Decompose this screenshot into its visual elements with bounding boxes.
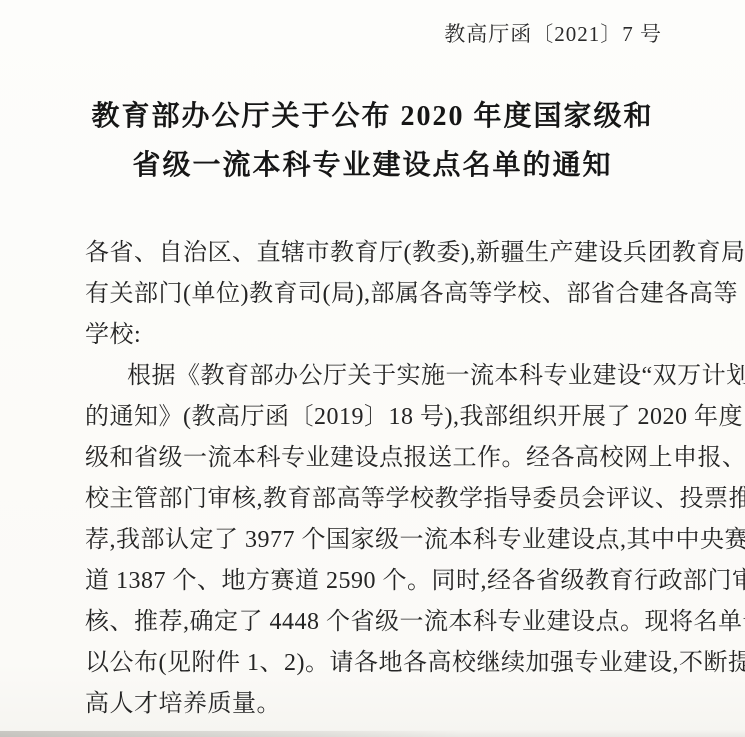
body-line-6: 道 1387 个、地方赛道 2590 个。同时,经各省级教育行政部门审: [85, 561, 650, 602]
salutation-line-1: 各省、自治区、直辖市教育厅(教委),新疆生产建设兵团教育局,: [85, 233, 650, 274]
title-line-1: 教育部办公厅关于公布 2020 年度国家级和: [0, 92, 745, 141]
document-title: 教育部办公厅关于公布 2020 年度国家级和 省级一流本科专业建设点名单的通知: [0, 92, 745, 190]
body-line-7: 核、推荐,确定了 4448 个省级一流本科专业建设点。现将名单予: [85, 602, 650, 643]
body-line-5: 荐,我部认定了 3977 个国家级一流本科专业建设点,其中中央赛: [85, 520, 650, 561]
document-number: 教高厅函〔2021〕7 号: [444, 20, 662, 48]
salutation-line-3: 学校:: [85, 315, 650, 356]
body-line-3: 级和省级一流本科专业建设点报送工作。经各高校网上申报、高: [85, 438, 650, 479]
scanned-document-page: 教高厅函〔2021〕7 号 教育部办公厅关于公布 2020 年度国家级和 省级一…: [0, 0, 745, 737]
document-body: 各省、自治区、直辖市教育厅(教委),新疆生产建设兵团教育局, 有关部门(单位)教…: [85, 233, 650, 725]
body-line-8: 以公布(见附件 1、2)。请各地各高校继续加强专业建设,不断提: [85, 643, 650, 684]
salutation-line-2: 有关部门(单位)教育司(局),部属各高等学校、部省合建各高等: [85, 274, 650, 315]
body-line-4: 校主管部门审核,教育部高等学校教学指导委员会评议、投票推: [85, 479, 650, 520]
title-line-2: 省级一流本科专业建设点名单的通知: [0, 141, 745, 190]
body-line-2: 的通知》(教高厅函〔2019〕18 号),我部组织开展了 2020 年度国家: [85, 397, 650, 438]
body-line-1: 根据《教育部办公厅关于实施一流本科专业建设“双万计划”: [85, 356, 650, 397]
body-line-9: 高人才培养质量。: [85, 684, 650, 725]
scanner-edge-shadow: [0, 731, 462, 737]
